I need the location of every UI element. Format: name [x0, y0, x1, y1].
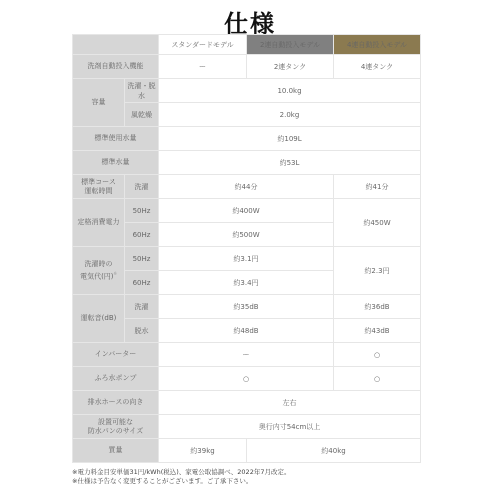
row-std-water-use: 標準使用水量 約109L [73, 127, 421, 151]
capacity-wash-value: 10.0kg [159, 79, 421, 103]
row-capacity-dry: 風乾燥 2.0kg [73, 103, 421, 127]
power-50hz-value: 約400W [159, 199, 334, 223]
header-blank [73, 35, 159, 55]
spec-table: スタンダードモデル 2連自動投入モデル 4連自動投入モデル 洗剤自動投入機能 ー… [72, 34, 421, 463]
detergent-standard: ー [159, 55, 247, 79]
row-detergent: 洗剤自動投入機能 ー 2連タンク 4連タンク [73, 55, 421, 79]
row-bath-pump: ふろ水ポンプ ○ ○ [73, 367, 421, 391]
header-row: スタンダードモデル 2連自動投入モデル 4連自動投入モデル [73, 35, 421, 55]
cost-60hz-value: 約3.4円 [159, 271, 334, 295]
label-pan-size: 設置可能な 防水パンのサイズ [73, 415, 159, 439]
label-pan-size-line1: 設置可能な [73, 418, 158, 427]
label-noise: 運転音(dB) [73, 295, 125, 343]
header-four-tank-model: 4連自動投入モデル [334, 35, 421, 55]
row-weight: 質量 約39kg 約40kg [73, 439, 421, 463]
power-four-tank-value: 約450W [334, 199, 421, 247]
row-pan-size: 設置可能な 防水パンのサイズ 奥行内寸54cm以上 [73, 415, 421, 439]
pan-size-value: 奥行内寸54cm以上 [159, 415, 421, 439]
label-weight: 質量 [73, 439, 159, 463]
std-water-use-value: 約109L [159, 127, 421, 151]
label-bath-pump: ふろ水ポンプ [73, 367, 159, 391]
detergent-four-tank: 4連タンク [334, 55, 421, 79]
noise-spin-four-tank: 約43dB [334, 319, 421, 343]
sub-noise-wash: 洗濯 [125, 295, 159, 319]
weight-two-four: 約40kg [247, 439, 421, 463]
footnotes: ※電力料金目安単価31円/kWh(税込)、家電公取協調べ、2022年7月改定。 … [72, 468, 290, 486]
row-power-50hz: 定格消費電力 50Hz 約400W 約450W [73, 199, 421, 223]
row-noise-wash: 運転音(dB) 洗濯 約35dB 約36dB [73, 295, 421, 319]
sub-cost-60hz: 60Hz [125, 271, 159, 295]
course-time-standard-two: 約44分 [159, 175, 334, 199]
header-two-tank-model: 2連自動投入モデル [247, 35, 334, 55]
noise-wash-four-tank: 約36dB [334, 295, 421, 319]
row-inverter: インバーター ー ○ [73, 343, 421, 367]
std-water-level-value: 約53L [159, 151, 421, 175]
label-cost-line1: 洗濯時の [73, 260, 124, 269]
bath-pump-four-tank: ○ [334, 367, 421, 391]
label-course-time-line1: 標準コース [73, 178, 124, 187]
sub-power-60hz: 60Hz [125, 223, 159, 247]
sub-air-dry: 風乾燥 [125, 103, 159, 127]
cost-four-tank-value: 約2.3円 [334, 247, 421, 295]
sub-cost-50hz: 50Hz [125, 247, 159, 271]
footnote-spec-change: ※仕様は予告なく変更することがございます。ご了承下さい。 [72, 477, 290, 486]
row-drain-hose: 排水ホースの向き 左右 [73, 391, 421, 415]
capacity-dry-value: 2.0kg [159, 103, 421, 127]
label-course-time: 標準コース 運転時間 [73, 175, 125, 199]
row-cost-50hz: 洗濯時の 電気代(円)※ 50Hz 約3.1円 約2.3円 [73, 247, 421, 271]
label-std-water-level: 標準水量 [73, 151, 159, 175]
noise-wash-standard-two: 約35dB [159, 295, 334, 319]
label-cost-line2: 電気代(円) [80, 272, 113, 280]
label-power: 定格消費電力 [73, 199, 125, 247]
detergent-two-tank: 2連タンク [247, 55, 334, 79]
label-pan-size-line2: 防水パンのサイズ [73, 427, 158, 436]
sub-course-wash: 洗濯 [125, 175, 159, 199]
noise-spin-standard-two: 約48dB [159, 319, 334, 343]
sub-wash-spin: 洗濯・脱水 [125, 79, 159, 103]
footnote-mark: ※ [114, 271, 117, 276]
label-drain-hose: 排水ホースの向き [73, 391, 159, 415]
drain-hose-value: 左右 [159, 391, 421, 415]
bath-pump-standard-two: ○ [159, 367, 334, 391]
cost-50hz-value: 約3.1円 [159, 247, 334, 271]
row-noise-spin: 脱水 約48dB 約43dB [73, 319, 421, 343]
row-course-time: 標準コース 運転時間 洗濯 約44分 約41分 [73, 175, 421, 199]
inverter-standard-two: ー [159, 343, 334, 367]
inverter-four-tank: ○ [334, 343, 421, 367]
header-standard-model: スタンダードモデル [159, 35, 247, 55]
power-60hz-value: 約500W [159, 223, 334, 247]
label-electricity-cost: 洗濯時の 電気代(円)※ [73, 247, 125, 295]
weight-standard: 約39kg [159, 439, 247, 463]
footnote-electricity: ※電力料金目安単価31円/kWh(税込)、家電公取協調べ、2022年7月改定。 [72, 468, 290, 477]
sub-power-50hz: 50Hz [125, 199, 159, 223]
course-time-four-tank: 約41分 [334, 175, 421, 199]
label-inverter: インバーター [73, 343, 159, 367]
row-capacity-wash: 容量 洗濯・脱水 10.0kg [73, 79, 421, 103]
label-course-time-line2: 運転時間 [73, 187, 124, 196]
sub-noise-spin: 脱水 [125, 319, 159, 343]
label-std-water-use: 標準使用水量 [73, 127, 159, 151]
row-std-water-level: 標準水量 約53L [73, 151, 421, 175]
label-detergent: 洗剤自動投入機能 [73, 55, 159, 79]
label-capacity: 容量 [73, 79, 125, 127]
